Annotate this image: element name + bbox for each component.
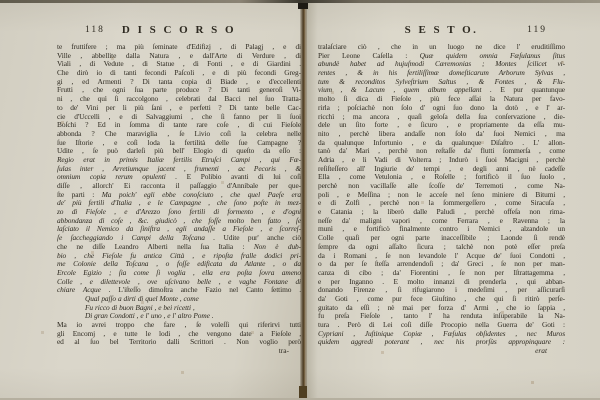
text-line: dele un ſito forte , e ſicuro , e propri… — [318, 121, 565, 130]
text-line: o da per ſe ſteſſa arrendendoſi ; da' Gr… — [318, 260, 565, 269]
text-line: Ercole Egizio ; ſia come ſi voglia , ell… — [57, 269, 301, 278]
text-line: e Catania ; la liberò dalle Paludi , per… — [318, 208, 565, 217]
text-line: tanò da' Mari , perchè non reſtaſſe da' … — [318, 147, 565, 156]
text-line: Che dirò io di tanti fecondi Paſcoli , e… — [57, 69, 301, 78]
right-page: S E S T O. 119 tralaſciare ciò , che in … — [306, 0, 600, 400]
text-line: Cypriani , Juſtinique Copiæ , Fæſulas ob… — [318, 330, 565, 339]
text-line: Di gran Condotti , e l' uno , e l' altro… — [57, 312, 301, 321]
right-page-header: S E S T O. 119 — [318, 24, 565, 38]
text-line: cie d'Uccelli , e di Salvaggiumi , che ſ… — [57, 113, 301, 122]
right-page-number: 119 — [527, 25, 547, 35]
text-line: ſempre da ogni aſſalto ſicura ; talchè n… — [318, 243, 565, 252]
text-line: abbondanza di coſe , &c. giudicò , che f… — [57, 217, 301, 226]
text-line: gli Encomj , e tutte le lodi , che vengo… — [57, 330, 301, 339]
text-line: ſue Iſtorie , e coſì loda la fertilità d… — [57, 139, 301, 148]
text-line: Colle quaſi per ogni parte inacceſſibile… — [318, 234, 565, 243]
text-line: reſiſteſſero all' Ingiurie de' tempi , e… — [318, 165, 565, 174]
text-line: da' Goti , come pur fece Giuſtino , che … — [318, 295, 565, 304]
catchword: erat — [318, 347, 565, 356]
text-line: ſte parti : Ma poich' egli ebbe conoſciu… — [57, 191, 301, 200]
text-line: e di Zolfi , perchè non la ſommergeſſero… — [318, 199, 565, 208]
text-line: me Colonie della Toſcana , o foſſe edifi… — [57, 260, 301, 269]
text-line: ni , che quì ſi raccolgono , celebrati d… — [57, 95, 301, 104]
text-block: te fruttifere ; ma più ſeminate d'Edifiz… — [57, 43, 301, 356]
text-line: ſe ſaccheggiando i Campi della Toſcana .… — [57, 234, 301, 243]
text-line: abundè habet ad hujuſmodi Cæremonias ; M… — [318, 60, 565, 69]
text-line: donando Firenze , ſi rifugiarono i medeſ… — [318, 286, 565, 295]
text-line: e per Inganno . E molto innanzi di prend… — [318, 278, 565, 287]
foxing-speckles — [0, 0, 1, 1]
text-line: rentes , & in his fertiliſſimæ domeſtica… — [318, 69, 565, 78]
text-line: che ne diſſe Leandro Alberti nella ſua I… — [57, 243, 301, 252]
text-line: quidem aggredi poterant , nec his prorſù… — [318, 338, 565, 347]
text-line: de' più fertili d'Italia , e le Campagne… — [57, 199, 301, 208]
text-line: da qualunque Infortunio , e da qualunque… — [318, 139, 565, 148]
text-line: tralaſciare ciò , che in un luogo ne dic… — [318, 43, 565, 52]
text-line: Adria , e li Vadi di Volterra ; Indurò i… — [318, 156, 565, 165]
text-line: diſſe , allorch' Ei racconta il paſſaggi… — [57, 182, 301, 191]
text-line: canza di cibo ; da' Fiorentini , ſe non … — [318, 269, 565, 278]
text-line: chiare Acque . L'iſteſſo dimoſtra anche … — [57, 286, 301, 295]
text-line: ſulas inter , Arretiumque jacent , frume… — [57, 165, 301, 174]
text-line: Pier Leone Caſella : Quæ quidem omnia Fæ… — [318, 52, 565, 61]
text-line: to de' Vini per li più ſani , e perfetti… — [57, 104, 301, 113]
text-line: laſciato il Nemico da ſiniſtra , egli an… — [57, 225, 301, 234]
text-line: te fruttifere ; ma più ſeminate d'Edifiz… — [57, 43, 301, 52]
text-line: nito , perchè libera andaſſe non ſolo da… — [318, 130, 565, 139]
text-line: Colle , e dilettevole , ove uſcivano bel… — [57, 278, 301, 287]
text-line: Regio erat in primis Italiæ fertilis Etr… — [57, 156, 301, 165]
text-line: rirla ; poſciachè non ſolo d' ogni ſuo d… — [318, 104, 565, 113]
text-line: fu preſa Fieſole , tanto l' ha renduta i… — [318, 312, 565, 321]
text-line: ed al ſuo bel Territorio dalli Scrittori… — [57, 338, 301, 347]
text-line: bio , che Fieſole fu antica Città , e ri… — [57, 252, 301, 261]
text-line: Udite , ſe può darleſi più bell' Elogio … — [57, 147, 301, 156]
text-line: Ma io avrei troppo che fare , ſe voleſſi… — [57, 321, 301, 330]
book-top-edge — [0, 0, 600, 3]
text-line: abbonda ? Che maraviglia , ſe Livio coſì… — [57, 130, 301, 139]
left-page: 118 D I S C O R S O te fruttifere ; ma p… — [0, 0, 302, 400]
text-line: gi , ed Armenti ? Di tanta copia di Biad… — [57, 78, 301, 87]
book-gutter-shadow — [300, 0, 307, 400]
text-line: tum & reconditos Sylveſtrium Saltus , & … — [318, 78, 565, 87]
left-running-title: D I S C O R S O — [57, 24, 301, 36]
text-line: guitato da eſſi ; nè mai per forza d' Ar… — [318, 304, 565, 313]
catchword: tra- — [57, 347, 301, 356]
text-line: molto ſi dica di Fieſole , più fece aſſa… — [318, 95, 565, 104]
text-line: Ella , come Vetulonia , e Roſelle ; fort… — [318, 173, 565, 182]
text-line: Ville , abbellite dalla Natura , e dall'… — [57, 52, 301, 61]
text-line: omnium copia rerum opulenti . E Polibio … — [57, 173, 301, 182]
left-page-header: 118 D I S C O R S O — [57, 24, 301, 38]
text-block: tralaſciare ciò , che in un luogo ne dic… — [318, 43, 565, 356]
text-line: poli , e Meſſina ; non le acceſe nel ſen… — [318, 191, 565, 200]
text-line: Viali , di Vedute , di Statue , di Fonti… — [57, 60, 301, 69]
text-line: Boſchi ? Ed in ſomma di tante rare coſe … — [57, 121, 301, 130]
text-line: vium , & Lacum , quem album appellant . … — [318, 86, 565, 95]
text-line: perchè non vacillaſſe alle ſcoſſe de' Te… — [318, 182, 565, 191]
text-line: Fu ricco di buon Bagni , e bei ricetti , — [57, 304, 301, 313]
text-line: Qual paſſo a dirti di quel Monte , come — [57, 295, 301, 304]
text-line: munì , e fortificò finalmente contro i N… — [318, 225, 565, 234]
text-line: ricchì ; ma ancora , quaſi geloſa della … — [318, 113, 565, 122]
text-line: Frutti , che ogni ſua parte produce ? Di… — [57, 86, 301, 95]
book-photo: 118 D I S C O R S O te fruttifere ; ma p… — [0, 0, 600, 400]
text-line: da i Romani , ſe non levandole l' Acque … — [318, 252, 565, 261]
text-line: zo di Fieſole , e d'Arezzo ſono fertili … — [57, 208, 301, 217]
text-line: tura . Però di Lei coſì diſſe Procopio n… — [318, 321, 565, 330]
text-line: neſſe da' maligni vapori , come Ferrara … — [318, 217, 565, 226]
